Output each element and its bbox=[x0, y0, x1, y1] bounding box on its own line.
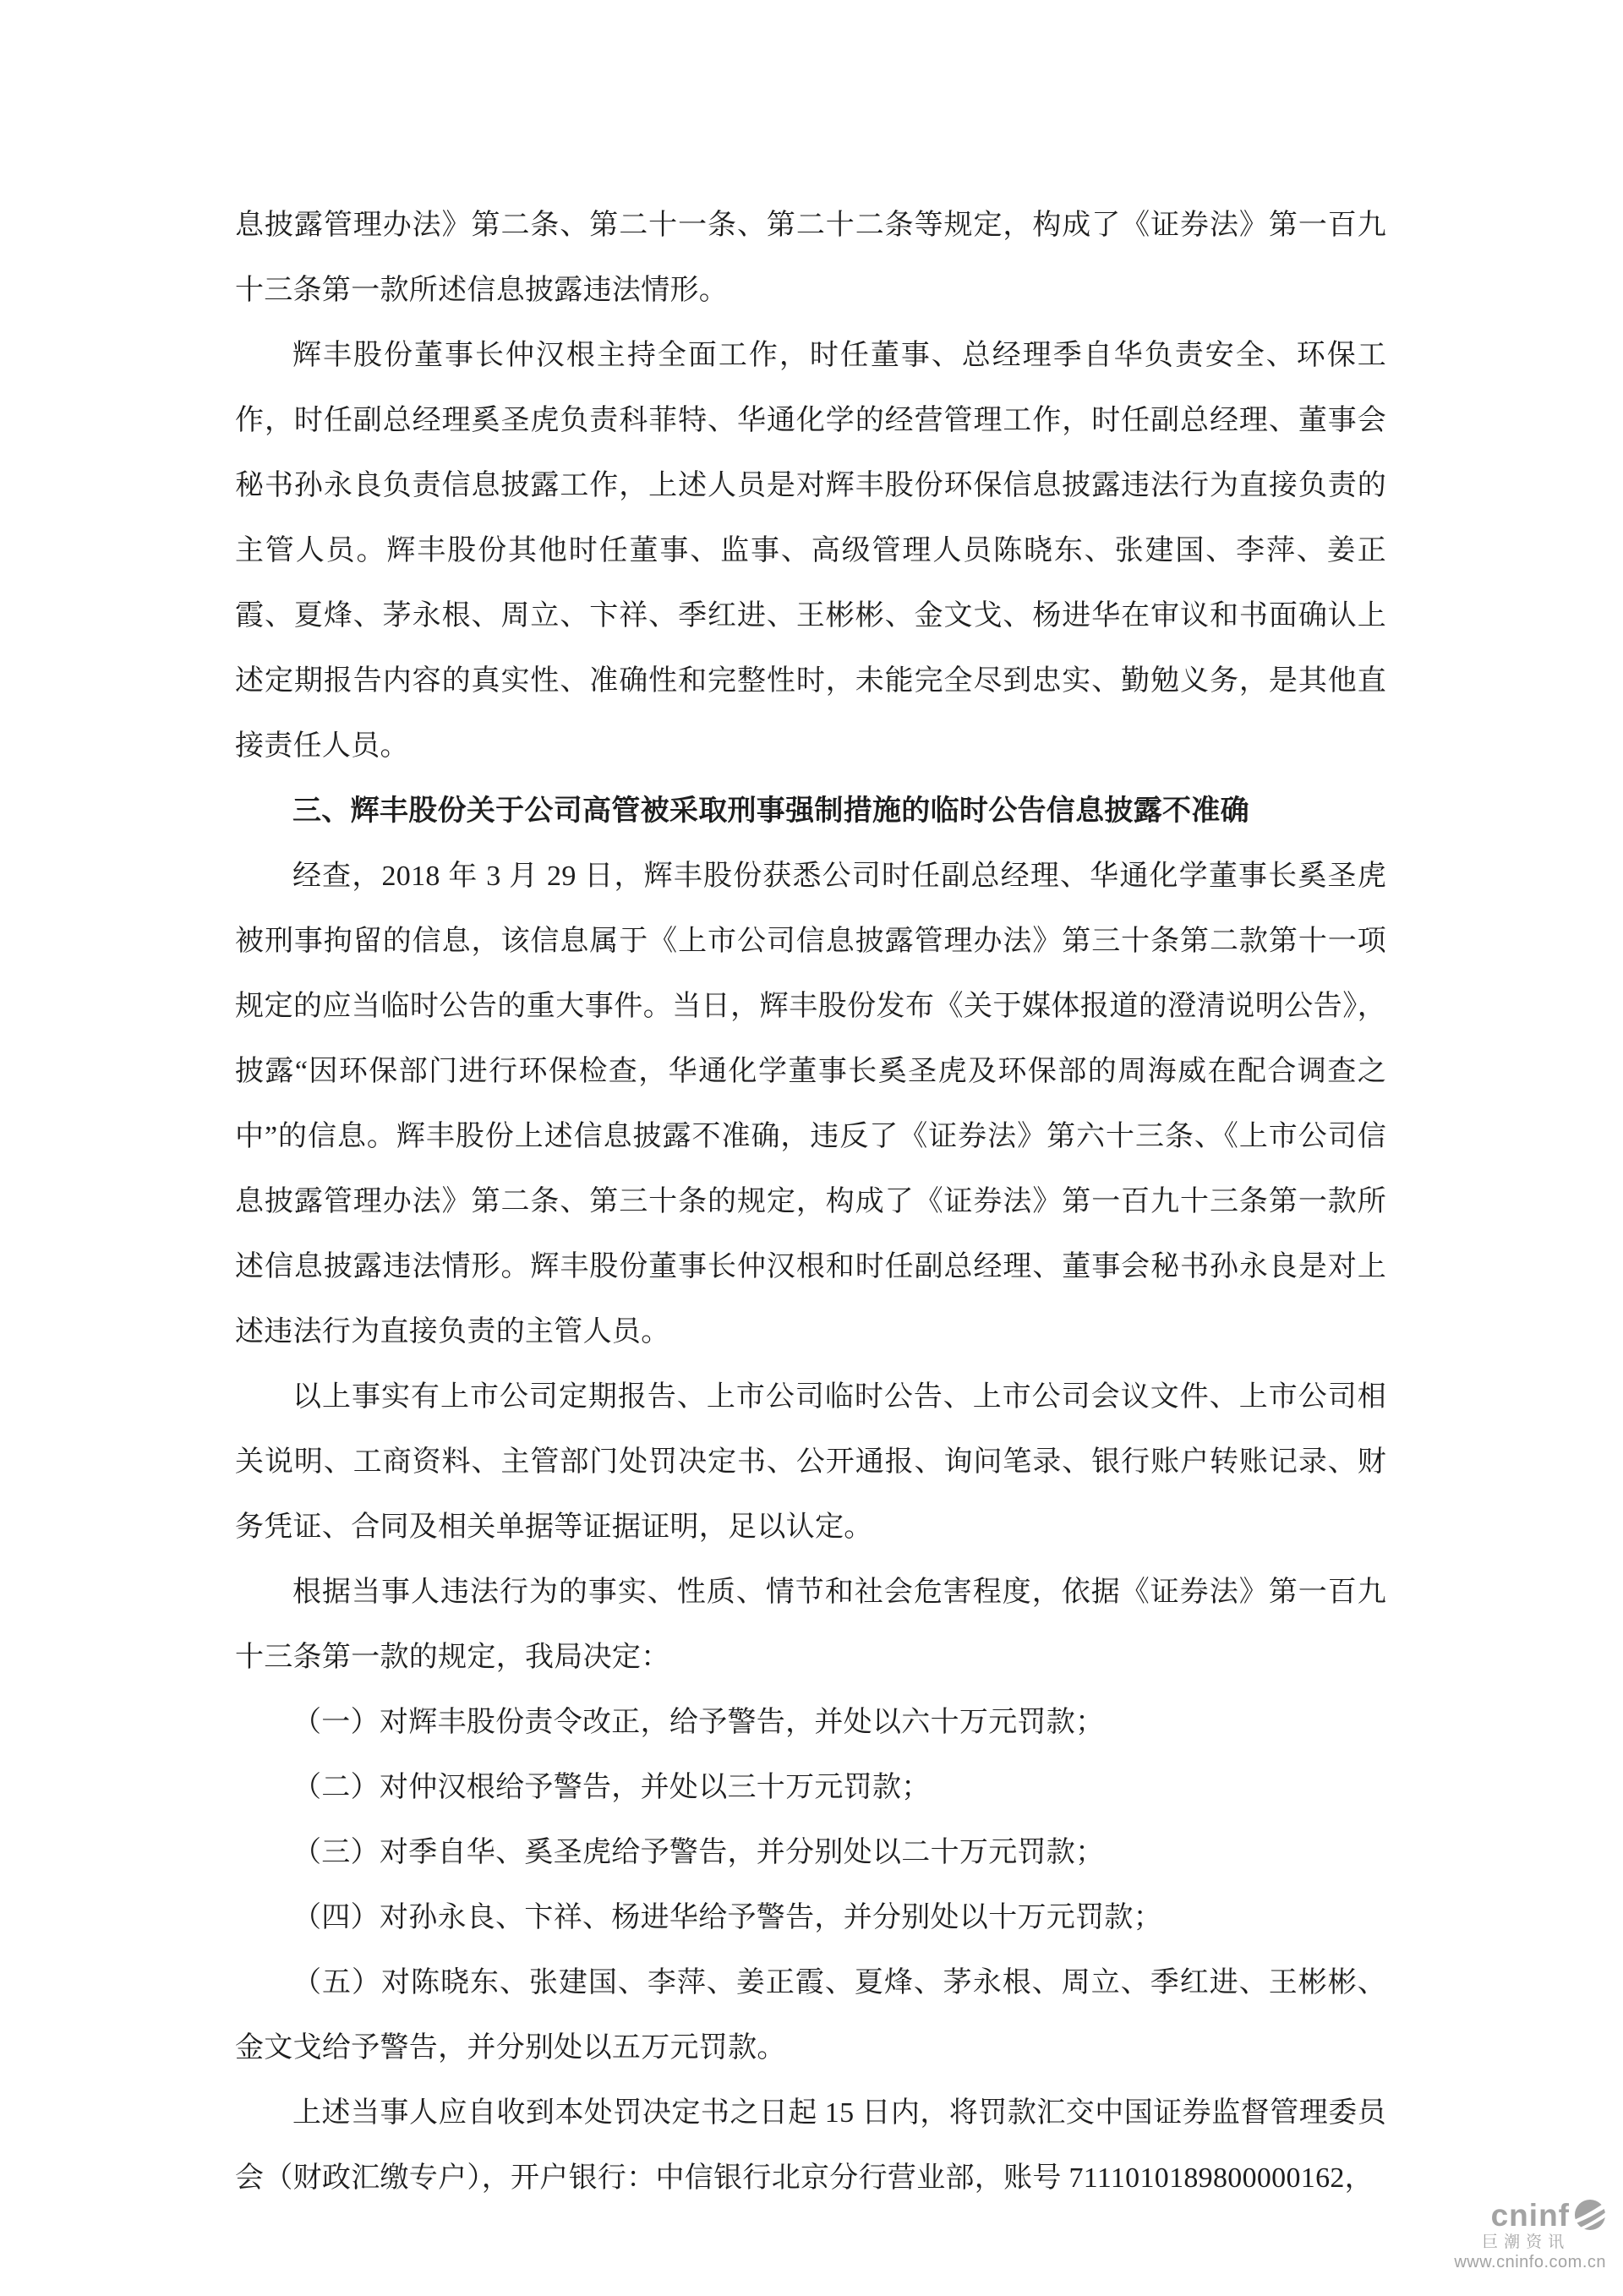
penalty-item-1: （一）对辉丰股份责令改正，给予警告，并处以六十万元罚款； bbox=[235, 1690, 1386, 1755]
penalty-item-2: （二）对仲汉根给予警告，并处以三十万元罚款； bbox=[235, 1755, 1386, 1820]
cninfo-chinese-name: 巨潮资讯 bbox=[1454, 2234, 1598, 2250]
cninfo-url: www.cninfo.com.cn bbox=[1454, 2254, 1606, 2271]
continuation-paragraph: 息披露管理办法》第二条、第二十一条、第二十二条等规定，构成了《证券法》第一百九十… bbox=[235, 193, 1386, 323]
evidence-paragraph: 以上事实有上市公司定期报告、上市公司临时公告、上市公司会议文件、上市公司相关说明… bbox=[235, 1364, 1386, 1560]
payment-instruction-paragraph: 上述当事人应自收到本处罚决定书之日起 15 日内，将罚款汇交中国证券监督管理委员… bbox=[235, 2080, 1386, 2211]
penalty-item-5: （五）对陈晓东、张建国、李萍、姜正霞、夏烽、茅永根、周立、季红进、王彬彬、金文戈… bbox=[235, 1950, 1386, 2080]
decision-intro-paragraph: 根据当事人违法行为的事实、性质、情节和社会危害程度，依据《证券法》第一百九十三条… bbox=[235, 1560, 1386, 1690]
cninfo-globe-icon bbox=[1574, 2199, 1606, 2231]
penalty-item-3: （三）对季自华、奚圣虎给予警告，并分别处以二十万元罚款； bbox=[235, 1820, 1386, 1885]
document-body: 息披露管理办法》第二条、第二十一条、第二十二条等规定，构成了《证券法》第一百九十… bbox=[235, 193, 1386, 2211]
section-3-body-paragraph: 经查，2018 年 3 月 29 日，辉丰股份获悉公司时任副总经理、华通化学董事… bbox=[235, 844, 1386, 1364]
responsibility-paragraph: 辉丰股份董事长仲汉根主持全面工作，时任董事、总经理季自华负责安全、环保工作，时任… bbox=[235, 323, 1386, 779]
cninfo-logo-text: cninf bbox=[1491, 2200, 1570, 2231]
penalty-item-4: （四）对孙永良、卞祥、杨进华给予警告，并分别处以十万元罚款； bbox=[235, 1885, 1386, 1950]
document-page: 息披露管理办法》第二条、第二十一条、第二十二条等规定，构成了《证券法》第一百九十… bbox=[0, 0, 1623, 2296]
cninfo-logo-row: cninf bbox=[1454, 2199, 1606, 2231]
section-3-heading: 三、辉丰股份关于公司高管被采取刑事强制措施的临时公告信息披露不准确 bbox=[235, 779, 1386, 844]
cninfo-watermark: cninf 巨潮资讯 www.cninfo.com.cn bbox=[1454, 2199, 1606, 2271]
